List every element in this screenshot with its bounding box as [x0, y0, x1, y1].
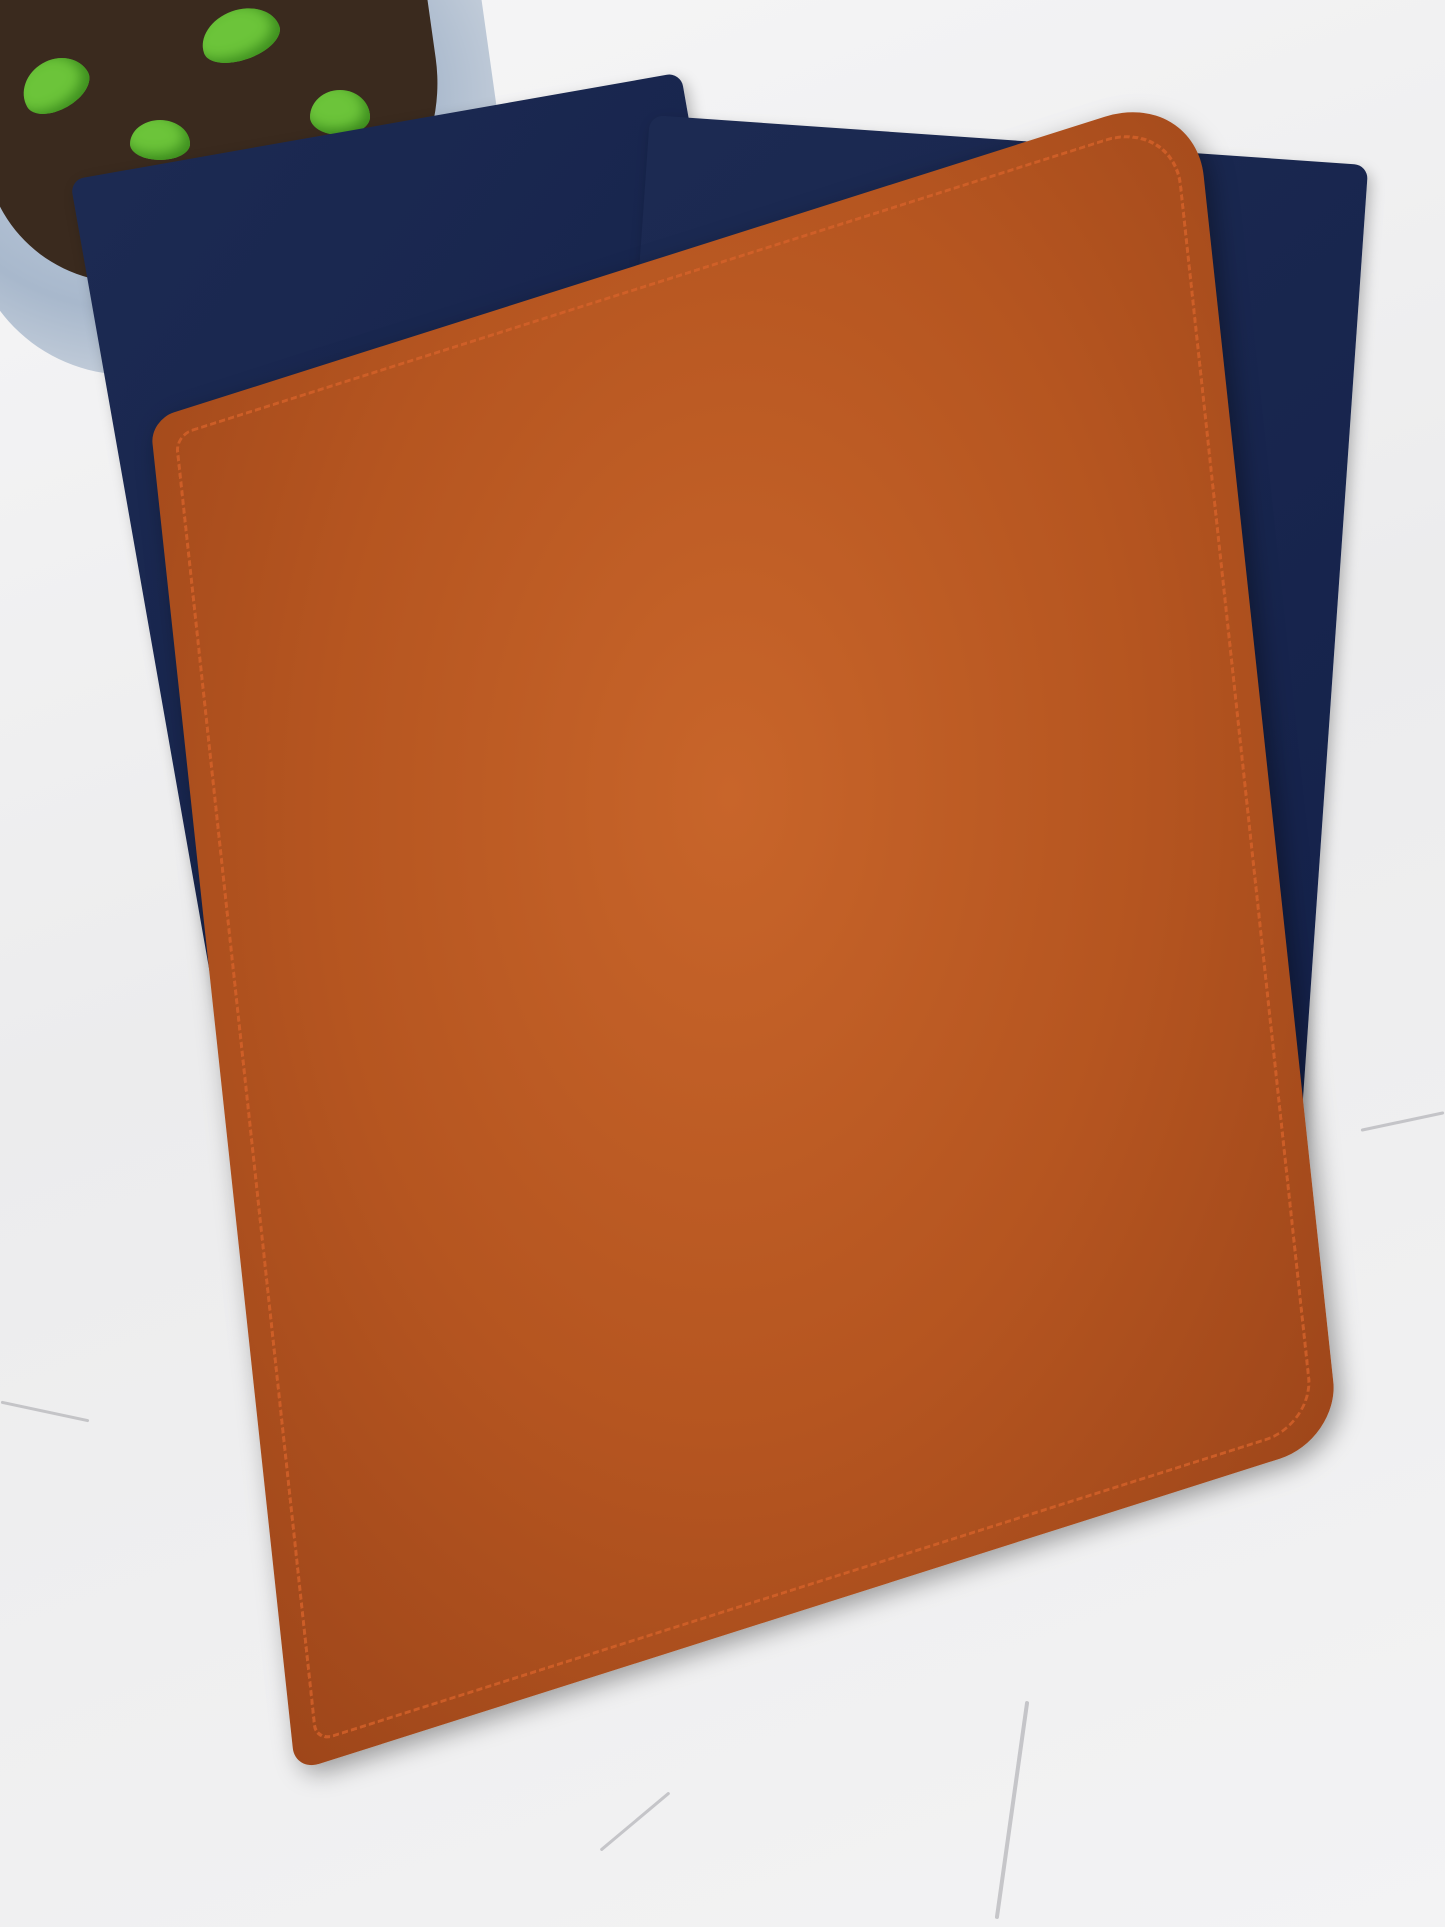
- wallet-stitching: [174, 117, 1315, 1744]
- marble-vein: [1361, 1111, 1445, 1132]
- marble-vein: [995, 1701, 1030, 1919]
- marble-vein: [600, 1791, 671, 1851]
- marble-vein: [1, 1401, 90, 1423]
